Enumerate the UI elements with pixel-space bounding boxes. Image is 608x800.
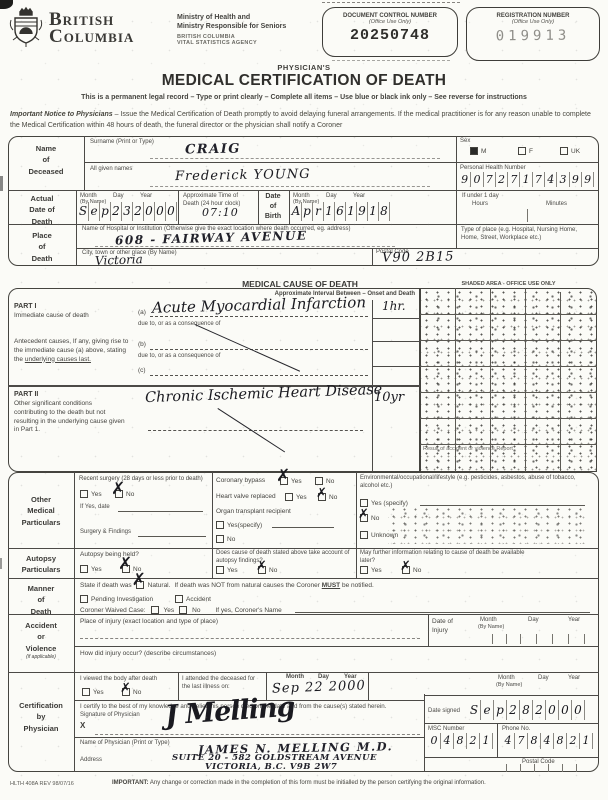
writing-line — [150, 158, 440, 159]
divider — [74, 737, 424, 738]
cause-c-prefix: (c) — [138, 367, 146, 376]
divider — [84, 136, 85, 190]
divider — [424, 695, 599, 696]
document-control-number-note: (Office Use Only) — [323, 19, 457, 25]
viewed-yes-checkbox — [82, 688, 90, 696]
tick — [506, 764, 507, 772]
autopsy-held-no-checkbox: ✗ — [122, 565, 130, 573]
transplant-yes-option: Yes(specify) — [216, 521, 262, 529]
info-later-yes-checkbox — [360, 566, 368, 574]
divider — [74, 646, 599, 647]
divider — [289, 190, 290, 224]
due-to-label: due to, or as a consequence of — [138, 353, 220, 361]
cause-a-prefix: (a) — [138, 309, 146, 318]
injury-byname-label: (By Name) — [478, 624, 504, 631]
signature-line — [95, 734, 420, 735]
immediate-cause-label: Immediate cause of death — [14, 312, 89, 321]
environmental-no-checkbox: ✗ — [360, 514, 368, 522]
autopsy-account-no-option: ✗No — [258, 566, 277, 574]
logo-line2: Columbia — [49, 28, 134, 46]
notice-lead: Important Notice to Physicians — [10, 111, 113, 118]
divider — [456, 224, 457, 248]
signature-x: X — [80, 721, 85, 730]
viewed-no-option: ✗No — [122, 688, 141, 696]
info-later-yes-option: Yes — [360, 566, 382, 574]
tick — [548, 764, 549, 772]
physician-name-label: Name of Physician (Print or Type) — [80, 740, 170, 748]
hours-label: Hours — [472, 201, 488, 209]
divider — [8, 548, 599, 549]
writing-line — [95, 246, 395, 247]
divider — [8, 614, 599, 615]
place-of-injury-label: Place of injury (exact location and type… — [80, 618, 218, 627]
tick — [536, 634, 537, 644]
autopsy-held-yes-option: Yes — [80, 565, 102, 573]
postal-code-value: V90 2B15 — [382, 249, 455, 265]
divider — [8, 224, 599, 225]
msc-number-value: 04821 — [428, 733, 493, 749]
cause-b-prefix: (b) — [138, 341, 146, 350]
shaded-area-note: SHADED AREA - OFFICE USE ONLY — [420, 281, 597, 287]
signature-label: Signature of Physician — [80, 712, 140, 720]
section-label-place-of-death: PlaceofDeath — [8, 230, 76, 264]
scanned-death-certificate: British Columbia Ministry of Health and … — [0, 0, 608, 800]
writing-line — [150, 375, 368, 376]
divider — [372, 248, 373, 266]
tick — [584, 634, 585, 644]
ministry-line1: Ministry of Health and — [177, 13, 286, 22]
form-title: MEDICAL CERTIFICATION OF DEATH — [0, 72, 608, 90]
tick — [552, 634, 553, 644]
section-label-name-of-deceased: NameofDeceased — [8, 143, 84, 177]
section-label-date-of-birth: DateofBirth — [258, 192, 288, 221]
bc-coat-of-arms-icon — [7, 6, 45, 52]
personal-health-number-value: 90727174399 — [459, 172, 594, 187]
divider — [428, 614, 429, 646]
office-grid-note: Result of accident or violence Report — [423, 446, 593, 452]
registration-number-note: (Office Use Only) — [467, 19, 599, 25]
handwriting-smudge — [388, 506, 586, 544]
place-type-label: Type of place (e.g. Hospital, Nursing Ho… — [461, 227, 593, 243]
transplant-no-option: No — [216, 535, 235, 543]
accident-checkbox — [175, 595, 183, 603]
date-of-injury-label: Date ofInjury — [432, 618, 466, 636]
signed-byname-label: (By Name) — [496, 682, 522, 689]
bc-logo-wordmark: British Columbia — [49, 11, 134, 46]
address-line2: VICTORIA, B.C. V9B 2W7 — [205, 762, 337, 772]
section-label-other-medical: OtherMedicalParticulars — [8, 494, 74, 528]
divider — [560, 292, 561, 472]
date-signed-label: Date signed — [428, 708, 460, 716]
divider — [456, 136, 457, 190]
writing-line — [150, 349, 368, 350]
sex-unknown-checkbox — [560, 147, 568, 155]
under-one-day-label: If under 1 day — [462, 193, 499, 201]
section-label-certification: CertificationbyPhysician — [8, 700, 74, 734]
heart-valve-no-option: ✗No — [318, 493, 337, 501]
divider — [372, 318, 420, 319]
injury-year-label: Year — [568, 617, 580, 625]
surname-label: Surname (Print or Type) — [90, 139, 154, 147]
antecedent-label: Antecedent causes, If any, giving rise t… — [14, 338, 132, 364]
tick — [506, 634, 507, 644]
writing-line — [150, 316, 368, 317]
divider — [212, 548, 213, 578]
autopsy-account-label: Does cause of death stated above take ac… — [216, 550, 351, 566]
given-names-label: All given names — [90, 166, 132, 174]
part2-desc: Other significant conditions contributin… — [14, 400, 126, 435]
divider — [8, 672, 599, 673]
accident-option: Accident — [175, 595, 211, 603]
city-value: Victoria — [95, 252, 143, 268]
birth-year-label: Year — [353, 193, 365, 201]
death-year-label: Year — [140, 193, 152, 201]
signed-day-label: Day — [538, 675, 549, 683]
transplant-no-checkbox — [216, 535, 224, 543]
surgery-findings-label: Surgery & Findings — [80, 529, 131, 537]
recent-surgery-no-checkbox: ✗ — [115, 490, 123, 498]
section-label-autopsy: AutopsyParticulars — [8, 553, 74, 576]
divider — [76, 190, 77, 224]
date-signed-value: Sep282000 — [468, 700, 585, 720]
divider — [424, 723, 599, 724]
environmental-no-option: ✗No — [360, 514, 379, 522]
divider — [74, 472, 75, 772]
tick — [562, 764, 563, 772]
scan-artifact — [322, 2, 460, 3]
address-label: Address — [80, 757, 102, 765]
coronary-bypass-yes-option: ✗Yes — [280, 477, 302, 485]
info-later-label: May further information relating to caus… — [360, 550, 525, 566]
divider — [76, 248, 599, 249]
writing-line — [295, 612, 590, 613]
pending-investigation-option: Pending Investigation — [80, 595, 153, 603]
tick — [492, 634, 493, 644]
sex-female-option: F — [518, 147, 533, 155]
autopsy-account-yes-option: Yes — [216, 566, 238, 574]
sex-female-checkbox — [518, 147, 526, 155]
how-injury-label: How did injury occur? (describe circumst… — [80, 650, 216, 659]
divider — [456, 190, 457, 224]
form-kicker: PHYSICIAN'S — [0, 63, 608, 72]
writing-line — [150, 186, 430, 187]
form-subtitle: This is a permanent legal record – Type … — [0, 94, 608, 101]
part2-label: PART II — [14, 391, 38, 398]
environmental-label: Environmental/occupational/lifestyle (e.… — [360, 475, 588, 491]
divider — [527, 209, 528, 222]
heart-valve-no-checkbox: ✗ — [318, 493, 326, 501]
divider — [420, 418, 597, 419]
divider — [8, 578, 599, 579]
form-code: HLTH 408A REV 98/07/16 — [10, 781, 74, 787]
info-later-no-option: ✗No — [402, 566, 421, 574]
sex-male-option: M — [470, 147, 486, 155]
coronary-bypass-no-checkbox — [315, 477, 323, 485]
heart-valve-label: Heart valve replaced — [216, 493, 276, 502]
minutes-label: Minutes — [546, 201, 567, 209]
manner-natural-line: State if death was ✗ Natural. If death w… — [80, 581, 590, 589]
divider — [84, 162, 599, 163]
viewed-no-checkbox: ✗ — [122, 688, 130, 696]
viewed-yes-option: Yes — [82, 688, 104, 696]
sex-unknown-option: UK — [560, 147, 580, 155]
environmental-yes-checkbox — [360, 499, 368, 507]
recent-surgery-yes-checkbox — [80, 490, 88, 498]
tick — [568, 634, 569, 644]
attended-label: I attended the deceased for the last ill… — [182, 676, 262, 692]
cause-a-interval: 1hr. — [382, 299, 406, 313]
coronary-bypass-yes-checkbox: ✗ — [280, 477, 288, 485]
physician-postal-label: Postal Code — [522, 759, 555, 767]
divider — [424, 757, 599, 758]
tick — [576, 764, 577, 772]
registration-number-value: 019913 — [467, 27, 599, 44]
autopsy-account-yes-checkbox — [216, 566, 224, 574]
divider — [424, 694, 425, 772]
heart-valve-yes-option: Yes — [285, 493, 307, 501]
injury-day-label: Day — [528, 617, 539, 625]
coronary-bypass-no-option: No — [315, 477, 334, 485]
tick — [520, 634, 521, 644]
divider — [420, 340, 597, 341]
autopsy-held-yes-checkbox — [80, 565, 88, 573]
writing-line — [272, 527, 334, 528]
divider — [368, 672, 369, 700]
scan-artifact — [0, 176, 3, 191]
given-names-value: Frederick YOUNG — [175, 167, 311, 184]
info-later-no-checkbox: ✗ — [402, 566, 410, 574]
autopsy-account-no-checkbox: ✗ — [258, 566, 266, 574]
divider — [372, 341, 420, 342]
ministry-block: Ministry of Health and Ministry Responsi… — [177, 13, 286, 46]
divider — [178, 672, 179, 700]
agency-line2: VITAL STATISTICS AGENCY — [177, 40, 286, 46]
writing-line — [118, 511, 203, 512]
writing-line — [138, 536, 206, 537]
divider — [420, 366, 597, 367]
section-label-actual-date-of-death: ActualDate ofDeath — [8, 193, 76, 227]
divider — [356, 548, 357, 578]
environmental-unknown-checkbox — [360, 531, 368, 539]
birth-day-label: Day — [326, 193, 337, 201]
time-of-death-value: 07:10 — [202, 206, 239, 219]
scan-artifact — [0, 558, 2, 569]
recent-surgery-no-option: ✗No — [115, 490, 134, 498]
tick — [534, 764, 535, 772]
surname-value: CRAIG — [185, 142, 241, 158]
if-yes-date-label: If Yes, date — [80, 504, 110, 512]
heart-valve-yes-checkbox — [285, 493, 293, 501]
waived-yes-checkbox — [151, 606, 159, 614]
due-to-label: due to, or as a consequence of — [138, 321, 220, 329]
important-note: IMPORTANT: Any change or correction made… — [112, 780, 602, 786]
divider — [497, 723, 498, 757]
pending-investigation-checkbox — [80, 595, 88, 603]
recent-surgery-label: Recent surgery (28 days or less prior to… — [79, 475, 209, 483]
writing-line — [80, 638, 420, 639]
divider — [372, 366, 420, 367]
transplant-label: Organ transplant recipient — [216, 508, 291, 517]
physician-notice: Important Notice to Physicians – Issue t… — [10, 109, 598, 131]
part2-interval: 10yr — [374, 390, 404, 405]
divider — [212, 472, 213, 548]
birth-date-value: Apr161918 — [291, 202, 390, 221]
death-date-value: Sep232000 — [78, 202, 177, 221]
divider — [8, 190, 599, 191]
natural-checkbox: ✗ — [136, 581, 144, 589]
divider — [420, 392, 597, 393]
signed-year-label: Year — [568, 675, 580, 683]
section-label-accident-violence: AccidentorViolence (if applicable) — [8, 620, 74, 661]
section-label-manner-of-death: MannerofDeath — [8, 583, 74, 617]
divider — [420, 314, 597, 315]
document-control-number-box: DOCUMENT CONTROL NUMBER (Office Use Only… — [322, 7, 458, 57]
document-control-number-value: 20250748 — [323, 27, 457, 44]
part1-label: PART I — [14, 303, 36, 310]
coronary-bypass-label: Coronary bypass — [216, 477, 265, 486]
sex-male-checkbox — [470, 147, 478, 155]
death-day-label: Day — [113, 193, 124, 201]
sex-label: Sex — [460, 138, 470, 146]
divider — [76, 224, 77, 266]
ministry-line2: Ministry Responsible for Seniors — [177, 22, 286, 31]
phone-value: 4784821 — [502, 733, 593, 749]
writing-line — [148, 430, 363, 431]
waived-no-checkbox — [179, 606, 187, 614]
scan-artifact — [332, 60, 450, 61]
recent-surgery-yes-option: Yes — [80, 490, 102, 498]
divider — [178, 190, 179, 224]
divider — [420, 444, 597, 445]
divider — [356, 472, 357, 548]
registration-number-box: REGISTRATION NUMBER (Office Use Only) 01… — [466, 7, 600, 61]
tick — [520, 764, 521, 772]
transplant-yes-checkbox — [216, 521, 224, 529]
